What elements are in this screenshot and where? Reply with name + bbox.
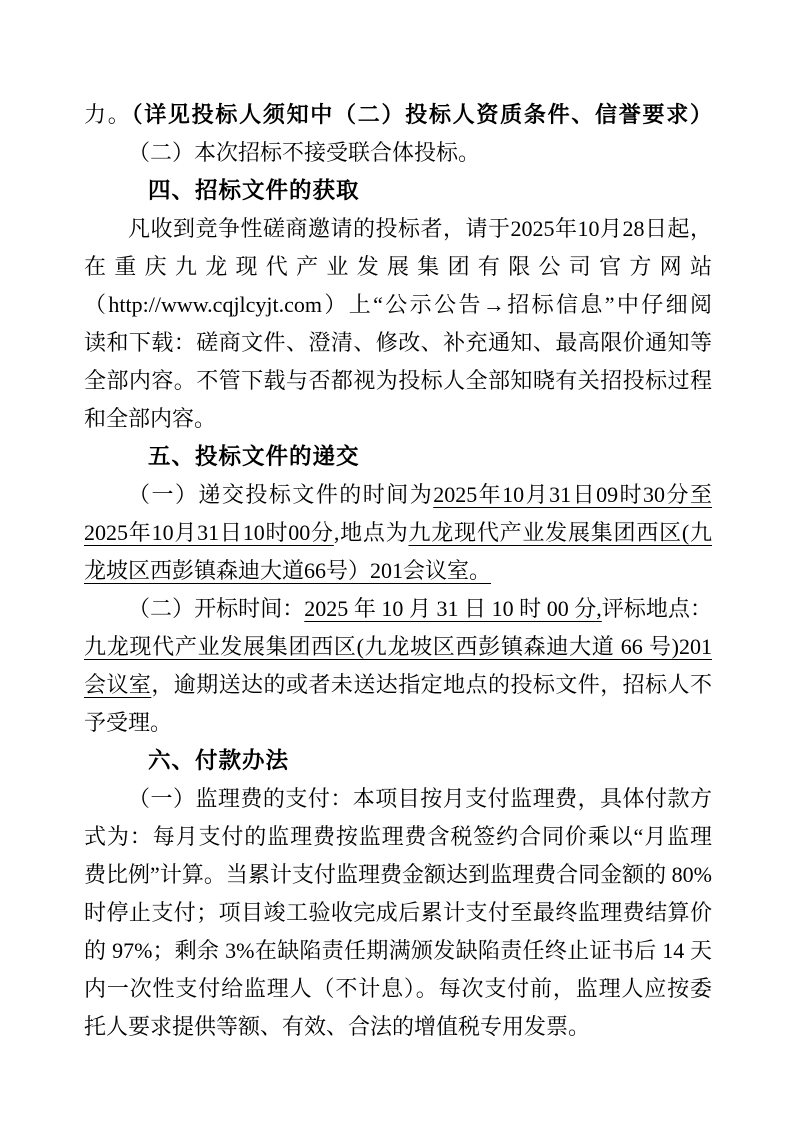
text-line: （二）开标时间：2025 年 10 月 31 日 10 时 00 分,评标地点：: [84, 590, 712, 628]
text-segment: （一）递交投标文件的时间为: [128, 482, 433, 507]
text-line: （一）监理费的支付：本项目按月支付监理费，具体付款方: [84, 780, 712, 818]
text-segment: （一）监理费的支付：本项目按月支付监理费，具体付款方: [128, 786, 712, 811]
text-segment: 五、投标文件的递交: [148, 444, 360, 469]
text-segment: 凡收到竞争性磋商邀请的投标者，请于2025年10月28日起，: [128, 216, 712, 241]
text-segment: 力。: [84, 102, 131, 127]
text-line: 内一次性支付给监理人（不计息）。每次支付前，监理人应按委: [84, 970, 712, 1008]
text-line: 时停止支付；项目竣工验收完成后累计支付至最终监理费结算价: [84, 894, 712, 932]
text-segment: 内一次性支付给监理人（不计息）。每次支付前，监理人应按委: [84, 976, 712, 1001]
text-line: 会议室，逾期送达的或者未送达指定地点的投标文件，招标人不: [84, 666, 712, 704]
text-segment: （详见投标人须知中（二）投标人资质条件、信誉要求）: [131, 102, 712, 127]
text-line: 和全部内容。: [84, 400, 712, 438]
text-segment: 和全部内容。: [84, 406, 216, 431]
underlined-text-segment: 会议室: [84, 672, 151, 697]
text-segment: 予受理。: [84, 710, 172, 735]
underlined-text-segment: 2025 年 10 月 31 日 10 时 00 分,: [304, 596, 602, 621]
section-heading: 五、投标文件的递交: [84, 438, 712, 476]
text-segment: ，逾期送达的或者未送达指定地点的投标文件，招标人不: [151, 672, 712, 697]
underlined-text-segment: 2025年10月31日10时00分: [84, 520, 334, 545]
text-segment: （二）本次招标不接受联合体投标。: [128, 140, 480, 165]
document-body: 力。（详见投标人须知中（二）投标人资质条件、信誉要求）（二）本次招标不接受联合体…: [84, 96, 712, 1046]
text-line: 式为：每月支付的监理费按监理费含税签约合同价乘以“月监理: [84, 818, 712, 856]
text-segment: 六、付款办法: [148, 748, 289, 773]
text-line: 在重庆九龙现代产业发展集团有限公司官方网站: [84, 248, 712, 286]
text-segment: 时停止支付；项目竣工验收完成后累计支付至最终监理费结算价: [84, 900, 712, 925]
section-heading: 六、付款办法: [84, 742, 712, 780]
document-page: 力。（详见投标人须知中（二）投标人资质条件、信誉要求）（二）本次招标不接受联合体…: [0, 0, 793, 1122]
section-heading: 四、招标文件的获取: [84, 172, 712, 210]
text-line: 全部内容。不管下载与否都视为投标人全部知晓有关招投标过程: [84, 362, 712, 400]
text-line: 2025年10月31日10时00分,地点为九龙现代产业发展集团西区(九: [84, 514, 712, 552]
text-line: 九龙现代产业发展集团西区(九龙坡区西彭镇森迪大道 66 号)201: [84, 628, 712, 666]
text-segment: 在重庆九龙现代产业发展集团有限公司官方网站: [84, 254, 712, 279]
text-line: 费比例”计算。当累计支付监理费金额达到监理费合同金额的 80%: [84, 856, 712, 894]
text-line: （二）本次招标不接受联合体投标。: [84, 134, 712, 172]
text-line: 力。（详见投标人须知中（二）投标人资质条件、信誉要求）: [84, 96, 712, 134]
text-segment: 评标地点：: [602, 596, 712, 621]
underlined-text-segment: 九龙现代产业发展集团西区(九龙坡区西彭镇森迪大道 66 号)201: [84, 634, 712, 659]
text-line: 凡收到竞争性磋商邀请的投标者，请于2025年10月28日起，: [84, 210, 712, 248]
underlined-text-segment: 九龙现代产业发展集团西区(九: [408, 520, 712, 545]
text-line: 读和下载：磋商文件、澄清、修改、补充通知、最高限价通知等: [84, 324, 712, 362]
text-segment: 的 97%；剩余 3%在缺陷责任期满颁发缺陷责任终止证书后 14 天: [84, 938, 712, 963]
text-line: 龙坡区西彭镇森迪大道66号）201会议室。: [84, 552, 712, 590]
text-segment: 式为：每月支付的监理费按监理费含税签约合同价乘以“月监理: [84, 824, 712, 849]
text-segment: ,地点为: [334, 520, 409, 545]
text-segment: 全部内容。不管下载与否都视为投标人全部知晓有关招投标过程: [84, 368, 712, 393]
text-line: 予受理。: [84, 704, 712, 742]
text-line: 托人要求提供等额、有效、合法的增值税专用发票。: [84, 1008, 712, 1046]
text-segment: 读和下载：磋商文件、澄清、修改、补充通知、最高限价通知等: [84, 330, 712, 355]
text-line: （一）递交投标文件的时间为2025年10月31日09时30分至: [84, 476, 712, 514]
text-segment: （http://www.cqjlcyjt.com）上“公示公告→招标信息”中仔细…: [84, 292, 712, 317]
text-segment: 费比例”计算。当累计支付监理费金额达到监理费合同金额的 80%: [84, 862, 712, 887]
underlined-text-segment: 龙坡区西彭镇森迪大道66号）201会议室。: [84, 558, 491, 583]
underlined-text-segment: 2025年10月31日09时30分至: [433, 482, 712, 507]
text-line: （http://www.cqjlcyjt.com）上“公示公告→招标信息”中仔细…: [84, 286, 712, 324]
text-line: 的 97%；剩余 3%在缺陷责任期满颁发缺陷责任终止证书后 14 天: [84, 932, 712, 970]
text-segment: 托人要求提供等额、有效、合法的增值税专用发票。: [84, 1014, 590, 1039]
text-segment: （二）开标时间：: [128, 596, 304, 621]
text-segment: 四、招标文件的获取: [148, 178, 360, 203]
